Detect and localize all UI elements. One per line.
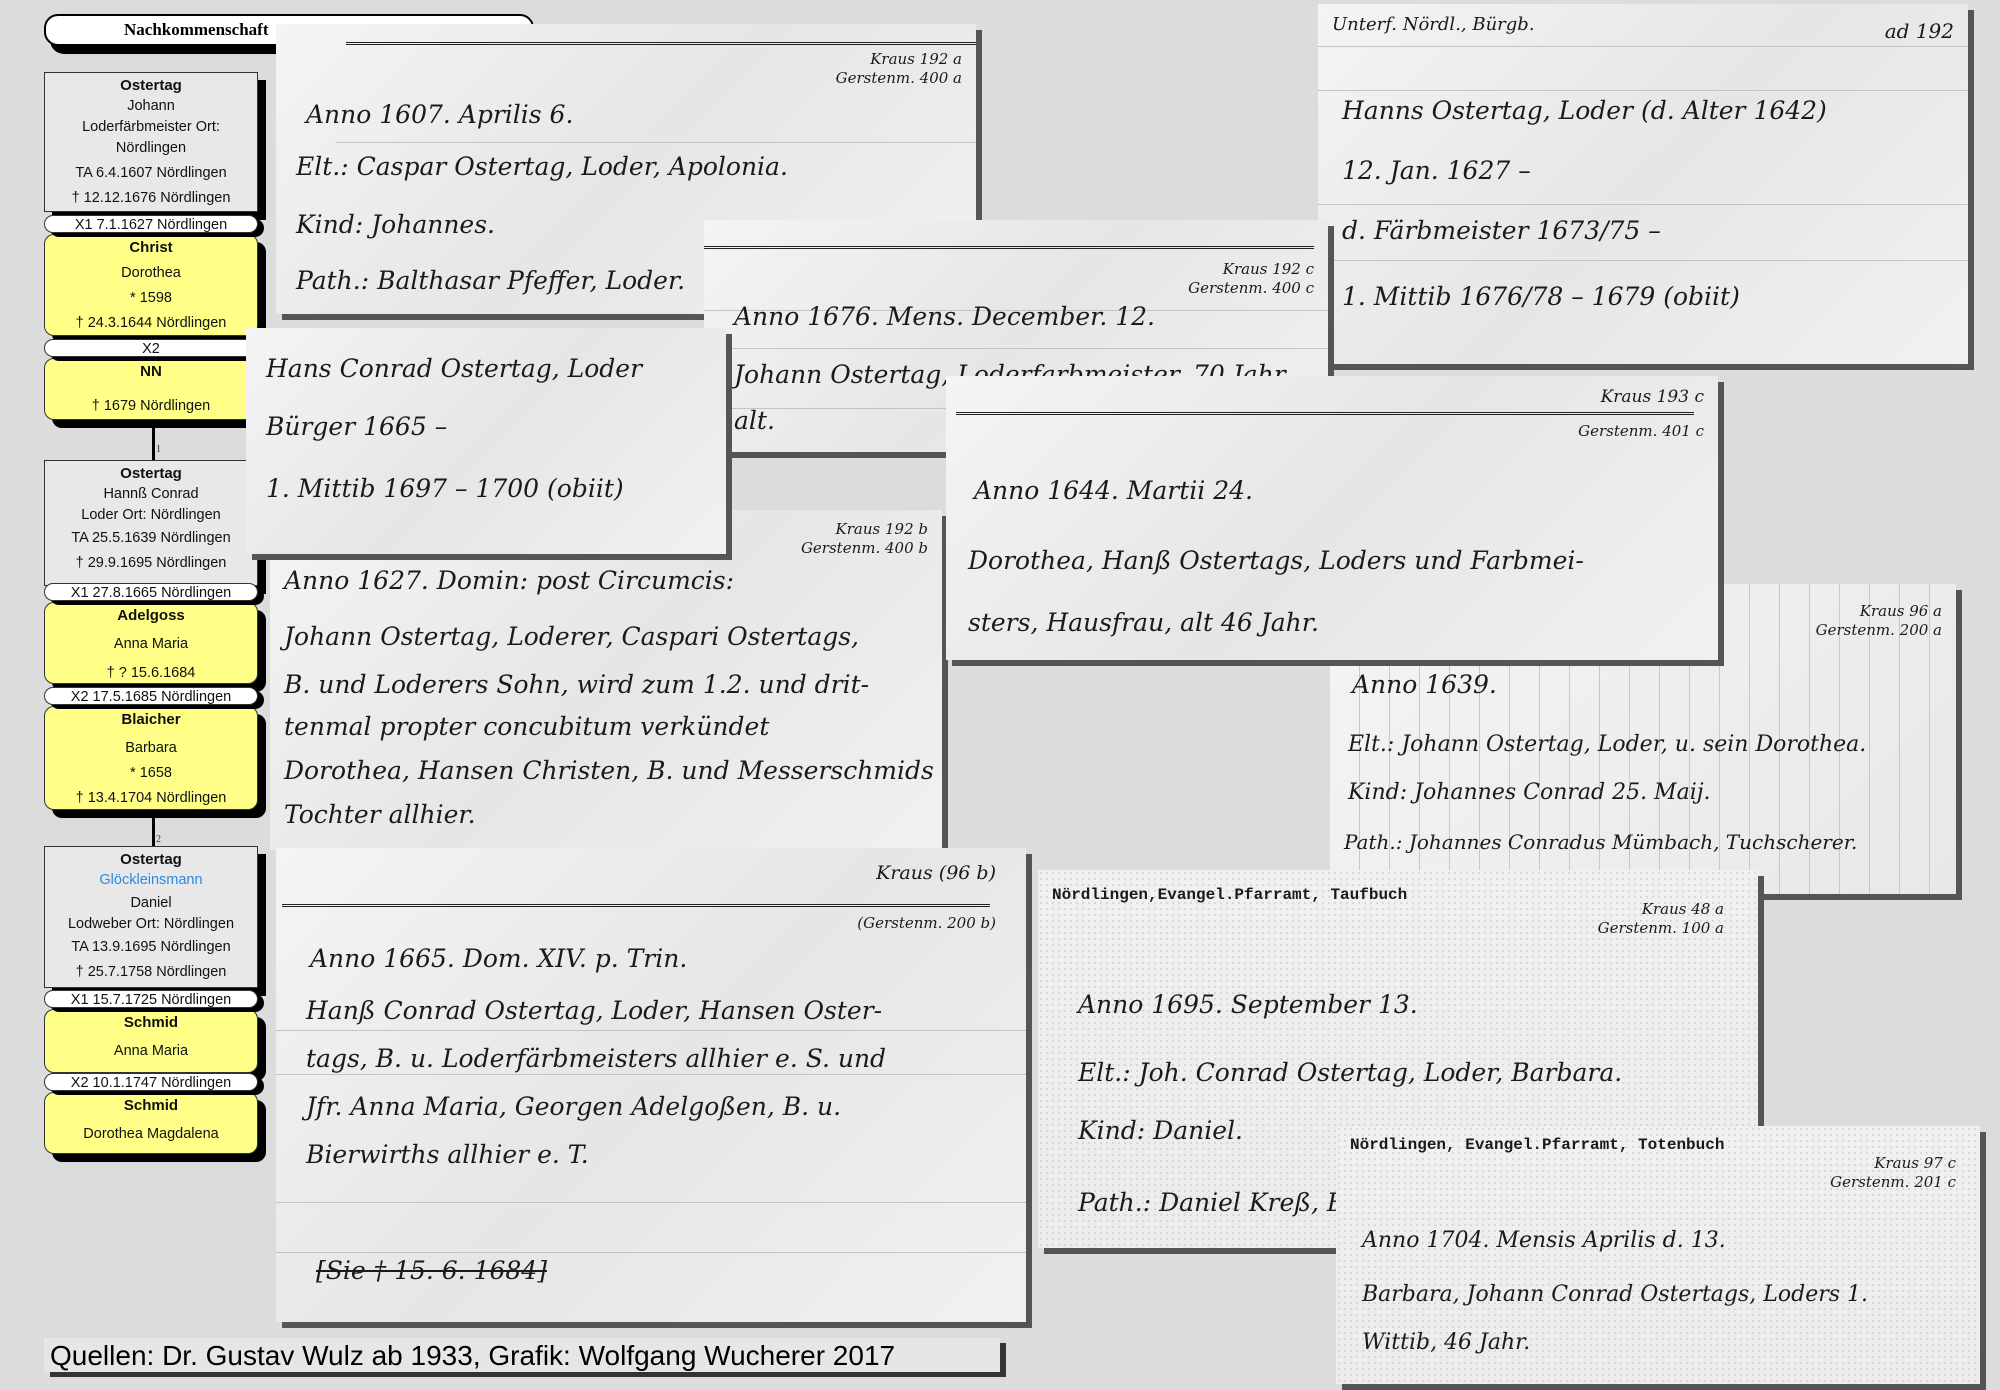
- ruled-line: [276, 1202, 1026, 1203]
- card-line: alt.: [734, 406, 775, 435]
- card-rule: [956, 412, 1694, 415]
- marriage-x2-1747: X2 10.1.1747 Nördlingen: [44, 1073, 258, 1091]
- surname: Blaicher: [45, 709, 257, 730]
- card-line: Dorothea, Hansen Christen, B. und Messer…: [284, 756, 934, 785]
- death: † 29.9.1695 Nördlingen: [45, 553, 257, 574]
- given-name: Anna Maria: [45, 1041, 257, 1062]
- gerstenm-ref: Gerstenm. 401 c: [1578, 422, 1704, 441]
- card-line: 1. Mittib 1697 – 1700 (obiit): [266, 474, 624, 503]
- descent-line: [152, 428, 155, 460]
- sources-text: Quellen: Dr. Gustav Wulz ab 1933, Grafik…: [50, 1340, 895, 1372]
- surname: Ostertag: [45, 849, 257, 870]
- card-line: Bürger 1665 –: [266, 412, 447, 441]
- card-line: Anno 1627. Domin: post Circumcis:: [284, 566, 734, 595]
- card-line: sters, Hausfrau, alt 46 Jahr.: [968, 608, 1319, 637]
- ruled-line: [704, 348, 1328, 349]
- card-reference: ad 192: [1885, 22, 1954, 41]
- marriage-x1-1665: X1 27.8.1665 Nördlingen: [44, 583, 258, 601]
- marriage-x1-1627: X1 7.1.1627 Nördlingen: [44, 215, 258, 233]
- ruled-line: [276, 1074, 1026, 1075]
- given-name: Barbara: [45, 738, 257, 759]
- record-card-hans-conrad[interactable]: Hans Conrad Ostertag, Loder Bürger 1665 …: [246, 328, 726, 554]
- death: † 12.12.1676 Nördlingen: [45, 188, 257, 209]
- given-name: Daniel: [45, 893, 257, 914]
- gerstenm-ref: Gerstenm. 201 c: [1830, 1173, 1956, 1192]
- person-daniel-ostertag[interactable]: Ostertag Glöckleinsmann Daniel Lodweber …: [44, 846, 258, 988]
- card-line: Anno 1704. Mensis Aprilis d. 13.: [1362, 1228, 1726, 1253]
- surname: Christ: [45, 237, 257, 258]
- sources-footer: Quellen: Dr. Gustav Wulz ab 1933, Grafik…: [44, 1338, 1000, 1372]
- card-rule: [346, 42, 976, 45]
- person-dorothea-magdalena-schmid[interactable]: Schmid Dorothea Magdalena: [44, 1092, 258, 1154]
- occupation: Lodweber Ort: Nördlingen: [45, 914, 257, 935]
- child-number: 2: [156, 834, 161, 845]
- family-tree: Ostertag Johann Loderfärbmeister Ort: Nö…: [0, 0, 270, 1200]
- kraus-ref: Kraus (96 b): [876, 864, 996, 883]
- card-rule: [282, 904, 990, 907]
- card-line: Dorothea, Hanß Ostertags, Loders und Far…: [968, 546, 1584, 575]
- kraus-ref: Kraus 192 c: [1188, 260, 1314, 279]
- card-line: Tochter allhier.: [284, 800, 476, 829]
- card-line: Anno 1644. Martii 24.: [974, 476, 1253, 505]
- occupation: Loderfärbmeister Ort: Nördlingen: [45, 117, 257, 159]
- person-barbara-blaicher[interactable]: Blaicher Barbara * 1658 † 13.4.1704 Nörd…: [44, 706, 258, 810]
- person-anna-maria-schmid[interactable]: Schmid Anna Maria: [44, 1009, 258, 1073]
- kraus-ref: Kraus 192 a: [836, 50, 962, 69]
- card-line: [Sie † 15. 6. 1684]: [316, 1256, 547, 1285]
- card-line: Jfr. Anna Maria, Georgen Adelgoßen, B. u…: [306, 1092, 841, 1121]
- card-reference: Kraus 192 a Gerstenm. 400 a: [836, 50, 962, 88]
- card-line: Elt.: Johann Ostertag, Loder, u. sein Do…: [1348, 732, 1866, 757]
- record-card-ad192[interactable]: Unterf. Nördl., Bürgb. ad 192 Hanns Oste…: [1318, 4, 1968, 364]
- card-header: Nördlingen,Evangel.Pfarramt, Taufbuch: [1052, 886, 1407, 904]
- card-line: Path.: Johannes Conradus Mümbach, Tuchsc…: [1344, 830, 1857, 854]
- card-reference: Kraus 96 a Gerstenm. 200 a: [1816, 602, 1942, 640]
- card-line: 12. Jan. 1627 –: [1342, 156, 1531, 185]
- card-line: 1. Mittib 1676/78 – 1679 (obiit): [1342, 282, 1740, 311]
- ruled-line: [1318, 90, 1968, 91]
- ruled-line: [1318, 204, 1968, 205]
- surname: Schmid: [45, 1095, 257, 1116]
- marriage-x2: X2: [44, 339, 258, 357]
- person-nn[interactable]: NN † 1679 Nördlingen: [44, 358, 258, 420]
- surname: NN: [45, 361, 257, 382]
- card-header: Unterf. Nördl., Bürgb.: [1332, 14, 1535, 35]
- occupation: Loder Ort: Nördlingen: [45, 505, 257, 526]
- card-line: Hans Conrad Ostertag, Loder: [266, 354, 642, 383]
- card-line: Johann Ostertag, Loderer, Caspari Ostert…: [284, 622, 859, 651]
- given-name: Dorothea: [45, 263, 257, 284]
- card-line: Hanß Conrad Ostertag, Loder, Hansen Oste…: [306, 996, 882, 1025]
- person-anna-maria-adelgoss[interactable]: Adelgoss Anna Maria † ? 15.6.1684: [44, 602, 258, 684]
- given-name: Johann: [45, 96, 257, 117]
- card-line: Kind: Johannes.: [296, 210, 495, 239]
- card-line: Barbara, Johann Conrad Ostertags, Loders…: [1362, 1282, 1868, 1307]
- card-reference: Kraus 48 a Gerstenm. 100 a: [1598, 900, 1724, 938]
- ruled-line: [1318, 46, 1968, 47]
- record-card-1704-death[interactable]: Nördlingen, Evangel.Pfarramt, Totenbuch …: [1336, 1126, 1980, 1384]
- person-dorothea-christ[interactable]: Christ Dorothea * 1598 † 24.3.1644 Nördl…: [44, 234, 258, 336]
- gerstenm-ref: Gerstenm. 100 a: [1598, 919, 1724, 938]
- card-line: Kind: Johannes Conrad 25. Maij.: [1348, 780, 1711, 805]
- ruled-line: [276, 1030, 1026, 1031]
- baptism: TA 6.4.1607 Nördlingen: [45, 163, 257, 184]
- gerstenm-ref: Gerstenm. 200 a: [1816, 621, 1942, 640]
- card-line: Anno 1665. Dom. XIV. p. Trin.: [310, 944, 687, 973]
- card-line: tenmal propter concubitum verkündet: [284, 712, 769, 741]
- card-line: Anno 1676. Mens. December. 12.: [734, 302, 1155, 331]
- kraus-ref: Kraus 96 a: [1816, 602, 1942, 621]
- baptism: TA 25.5.1639 Nördlingen: [45, 528, 257, 549]
- ruled-line: [276, 1252, 1026, 1253]
- card-line: Anno 1639.: [1352, 670, 1497, 699]
- given-name: Anna Maria: [45, 634, 257, 655]
- card-rule: [704, 246, 1314, 249]
- kraus-ref: Kraus 97 c: [1830, 1154, 1956, 1173]
- kraus-ref: Kraus 192 b: [801, 520, 928, 539]
- surname: Ostertag: [45, 75, 257, 96]
- gerstenm-ref: Gerstenm. 400 a: [836, 69, 962, 88]
- card-line: Kind: Daniel.: [1078, 1116, 1243, 1145]
- gerstenm-ref: Gerstenm. 400 b: [801, 539, 928, 558]
- death: † 1679 Nördlingen: [45, 396, 257, 417]
- given-name: Hannß Conrad: [45, 484, 257, 505]
- card-line: Elt.: Joh. Conrad Ostertag, Loder, Barba…: [1078, 1058, 1622, 1087]
- card-line: d. Färbmeister 1673/75 –: [1342, 216, 1661, 245]
- death: † 25.7.1758 Nördlingen: [45, 962, 257, 983]
- birth: * 1658: [45, 763, 257, 784]
- person-johann-ostertag[interactable]: Ostertag Johann Loderfärbmeister Ort: Nö…: [44, 72, 258, 212]
- death: † 13.4.1704 Nördlingen: [45, 788, 257, 809]
- death: † ? 15.6.1684: [45, 663, 257, 684]
- card-line: Path.: Balthasar Pfeffer, Loder.: [296, 266, 685, 295]
- alias-name: Glöckleinsmann: [45, 870, 257, 891]
- baptism: TA 13.9.1695 Nördlingen: [45, 937, 257, 958]
- child-number: 1: [156, 444, 161, 455]
- card-line: Wittib, 46 Jahr.: [1362, 1330, 1530, 1355]
- surname: Schmid: [45, 1012, 257, 1033]
- card-reference: Kraus 192 b Gerstenm. 400 b: [801, 520, 928, 558]
- card-line: Anno 1607. Aprilis 6.: [306, 100, 573, 129]
- card-line: Bierwirths allhier e. T.: [306, 1140, 589, 1169]
- record-card-1627-marriage[interactable]: Kraus 192 b Gerstenm. 400 b Anno 1627. D…: [270, 510, 942, 850]
- card-header: Nördlingen, Evangel.Pfarramt, Totenbuch: [1350, 1136, 1724, 1154]
- ruled-line: [1318, 260, 1968, 261]
- card-line: Elt.: Caspar Ostertag, Loder, Apolonia.: [296, 152, 788, 181]
- card-reference: Kraus 192 c Gerstenm. 400 c: [1188, 260, 1314, 298]
- card-line: B. und Loderers Sohn, wird zum 1.2. und …: [284, 670, 869, 699]
- ruled-line: [336, 142, 976, 143]
- marriage-x1-1725: X1 15.7.1725 Nördlingen: [44, 990, 258, 1008]
- descent-line: [152, 816, 155, 848]
- card-line: Hanns Ostertag, Loder (d. Alter 1642): [1342, 96, 1827, 125]
- surname: Ostertag: [45, 463, 257, 484]
- birth: * 1598: [45, 288, 257, 309]
- card-reference: Kraus 97 c Gerstenm. 201 c: [1830, 1154, 1956, 1192]
- gerstenm-ref: (Gerstenm. 200 b): [857, 914, 996, 933]
- card-line: Anno 1695. September 13.: [1078, 990, 1418, 1019]
- kraus-ref: Kraus 48 a: [1598, 900, 1724, 919]
- card-line: tags, B. u. Loderfärbmeisters allhier e.…: [306, 1044, 886, 1073]
- gerstenm-ref: Gerstenm. 400 c: [1188, 279, 1314, 298]
- surname: Adelgoss: [45, 605, 257, 626]
- person-hannss-conrad-ostertag[interactable]: Ostertag Hannß Conrad Loder Ort: Nördlin…: [44, 460, 258, 586]
- record-card-1644-death[interactable]: Kraus 193 c Gerstenm. 401 c Anno 1644. M…: [946, 376, 1718, 660]
- death: † 24.3.1644 Nördlingen: [45, 313, 257, 334]
- record-card-1665-marriage[interactable]: Kraus (96 b) (Gerstenm. 200 b) Anno 1665…: [276, 848, 1026, 1322]
- kraus-ref: Kraus 193 c: [1601, 388, 1704, 407]
- given-name: Dorothea Magdalena: [45, 1124, 257, 1145]
- marriage-x2-1685: X2 17.5.1685 Nördlingen: [44, 687, 258, 705]
